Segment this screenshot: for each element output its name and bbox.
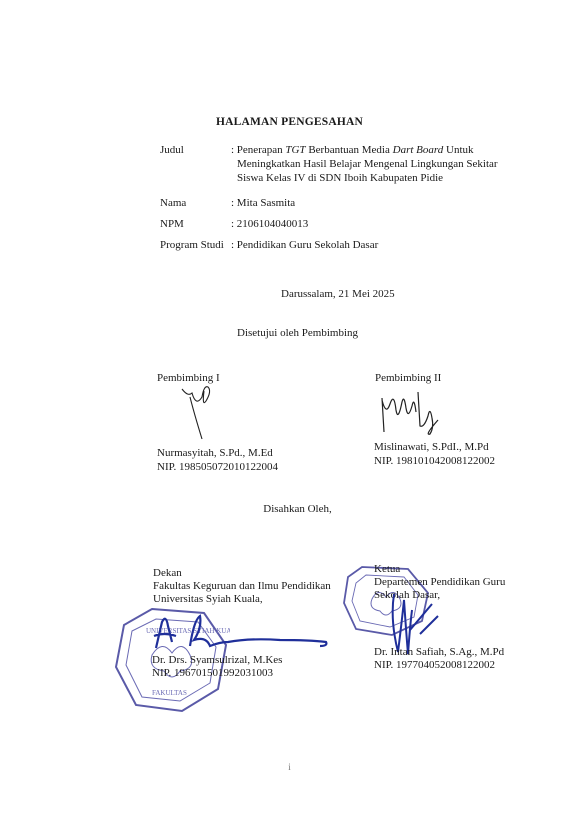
nama-label: Nama bbox=[160, 197, 186, 209]
npm-label: NPM bbox=[160, 218, 184, 230]
judul-line-2: Meningkatkan Hasil Belajar Mengenal Ling… bbox=[237, 158, 498, 170]
judul-italic-dart-board: Dart Board bbox=[393, 144, 444, 156]
judul-label: Judul bbox=[160, 144, 184, 156]
nama-value: : Mita Sasmita bbox=[231, 197, 295, 209]
page-title: HALAMAN PENGESAHAN bbox=[0, 116, 579, 128]
place-date: Darussalam, 21 Mei 2025 bbox=[281, 288, 395, 300]
judul-text: : Penerapan bbox=[231, 144, 285, 156]
official-2-nip: NIP. 197704052008122002 bbox=[374, 659, 495, 671]
judul-text: Berbantuan Media bbox=[306, 144, 393, 156]
judul-line-1: : Penerapan TGT Berbantuan Media Dart Bo… bbox=[231, 144, 474, 156]
supervisor-1-signature bbox=[180, 383, 225, 443]
official-1-role-line-3: Universitas Syiah Kuala, bbox=[153, 593, 263, 605]
judul-line-3: Siswa Kelas IV di SDN Iboih Kabupaten Pi… bbox=[237, 172, 443, 184]
official-1-role-line-2: Fakultas Keguruan dan Ilmu Pendidikan bbox=[153, 580, 331, 592]
program-studi-value: : Pendidikan Guru Sekolah Dasar bbox=[231, 239, 378, 251]
official-2-name: Dr. Intan Safiah, S.Ag., M.Pd bbox=[374, 646, 504, 658]
official-1-name: Dr. Drs. Syamsulrizal, M.Kes bbox=[152, 654, 282, 666]
approved-by-heading: Disetujui oleh Pembimbing bbox=[0, 327, 579, 339]
npm-value: : 2106104040013 bbox=[231, 218, 308, 230]
official-2-role-line-2: Departemen Pendidikan Guru bbox=[374, 576, 505, 588]
official-1-nip: NIP. 196701501992031003 bbox=[152, 667, 273, 679]
supervisor-2-role: Pembimbing II bbox=[375, 372, 441, 384]
official-1-signature bbox=[150, 612, 330, 652]
program-studi-label: Program Studi bbox=[160, 239, 224, 251]
supervisor-2-nip: NIP. 198101042008122002 bbox=[374, 455, 495, 467]
supervisor-1-name: Nurmasyitah, S.Pd., M.Ed bbox=[157, 447, 273, 459]
svg-text:FAKULTAS: FAKULTAS bbox=[152, 689, 187, 697]
judul-italic-tgt: TGT bbox=[285, 144, 305, 156]
official-1-role-line-1: Dekan bbox=[153, 567, 182, 579]
ratified-by-heading: Disahkan Oleh, bbox=[0, 503, 579, 515]
official-2-role-line-1: Ketua bbox=[374, 563, 400, 575]
supervisor-2-name: Mislinawati, S.PdI., M.Pd bbox=[374, 441, 489, 453]
judul-text: Untuk bbox=[443, 144, 473, 156]
supervisor-2-signature bbox=[380, 388, 450, 438]
page-number: i bbox=[0, 762, 579, 772]
supervisor-1-nip: NIP. 198505072010122004 bbox=[157, 461, 278, 473]
